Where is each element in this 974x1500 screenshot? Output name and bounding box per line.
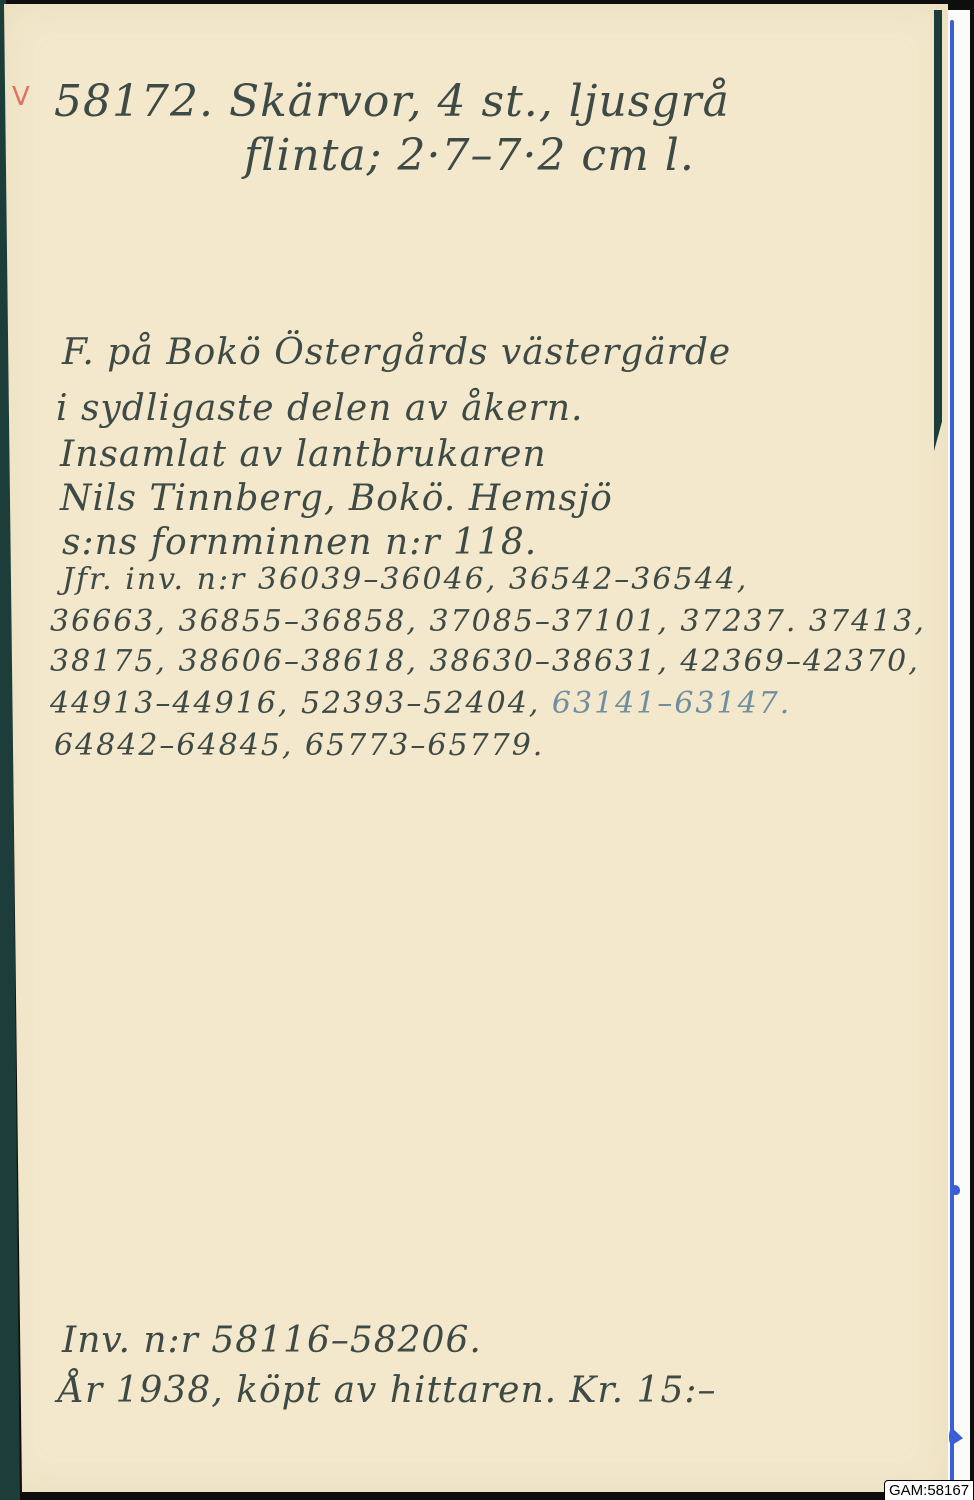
blue-margin-rule: [950, 20, 954, 1500]
reference-line-2: 36663, 36855–36858, 37085–37101, 37237. …: [50, 604, 926, 639]
find-line-5: s:ns fornminnen n:r 118.: [62, 522, 537, 563]
check-mark: V: [12, 82, 30, 112]
find-line-3: Insamlat av lantbrukaren: [60, 434, 547, 475]
reference-line-5: 64842–64845, 65773–65779.: [54, 728, 544, 763]
footer-inventory-range: Inv. n:r 58116–58206.: [62, 1320, 482, 1361]
find-line-4: Nils Tinnberg, Bokö. Hemsjö: [60, 478, 613, 519]
reference-numbers: 44913–44916, 52393–52404,: [50, 686, 540, 721]
reference-numbers-faded: 63141–63147.: [552, 686, 791, 721]
reference-line-3: 38175, 38606–38618, 38630–38631, 42369–4…: [50, 644, 920, 679]
find-line-1: F. på Bokö Östergårds västergärde: [62, 332, 731, 373]
catalog-card: V 58172. Skärvor, 4 st., ljusgrå flinta;…: [4, 4, 948, 1492]
find-line-2: i sydligaste delen av åkern.: [56, 388, 584, 429]
blue-ink-blot: [950, 1185, 960, 1195]
footer-acquisition: År 1938, köpt av hittaren. Kr. 15:–: [58, 1370, 717, 1411]
id-tag: GAM:58167: [884, 1480, 974, 1500]
header-line-1: 58172. Skärvor, 4 st., ljusgrå: [54, 76, 730, 127]
reference-line-1: Jfr. inv. n:r 36039–36046, 36542–36544,: [62, 562, 748, 597]
reference-line-4: 44913–44916, 52393–52404, 63141–63147.: [50, 686, 791, 721]
header-line-2: flinta; 2·7–7·2 cm l.: [244, 130, 695, 181]
